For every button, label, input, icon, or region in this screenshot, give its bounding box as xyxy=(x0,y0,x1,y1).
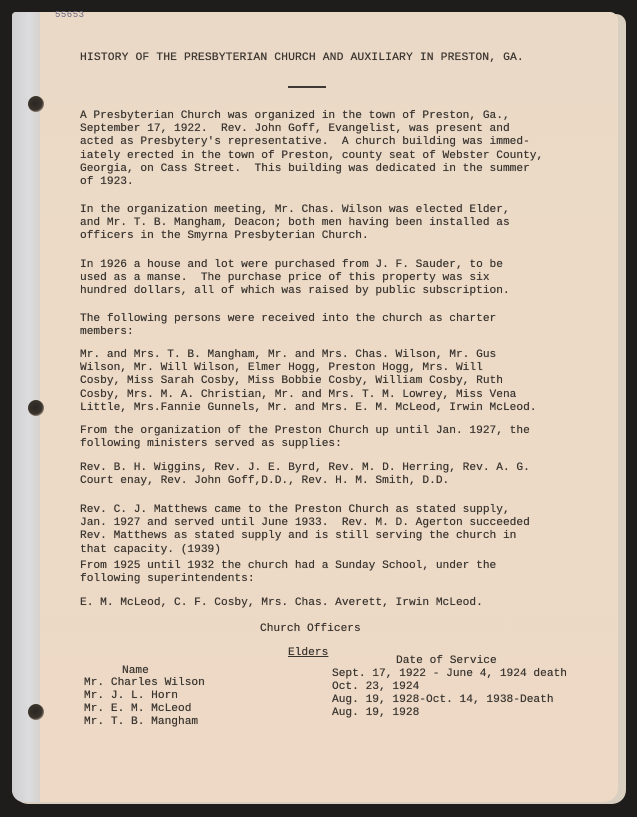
punch-hole-icon xyxy=(28,704,44,720)
punch-hole-icon xyxy=(28,400,44,416)
paragraph-ministers: Rev. B. H. Wiggins, Rev. J. E. Byrd, Rev… xyxy=(80,462,580,488)
paragraph-superintendents: E. M. McLeod, C. F. Cosby, Mrs. Chas. Av… xyxy=(80,597,580,610)
paragraph-stated-supply: Rev. C. J. Matthews came to the Preston … xyxy=(80,504,580,557)
date-column-header: Date of Service xyxy=(396,655,497,668)
elder-name: Mr. Charles Wilson xyxy=(84,677,205,690)
paragraph-charter-intro: The following persons were received into… xyxy=(80,313,580,339)
paragraph-officers: In the organization meeting, Mr. Chas. W… xyxy=(80,204,580,244)
elder-name: Mr. E. M. McLeod xyxy=(84,703,191,716)
paragraph-ministers-intro: From the organization of the Preston Chu… xyxy=(80,425,580,451)
reference-number: 55653 xyxy=(55,10,85,20)
title-divider xyxy=(288,86,326,88)
elder-name: Mr. J. L. Horn xyxy=(84,690,178,703)
elder-name: Mr. T. B. Mangham xyxy=(84,716,198,729)
document-title: HISTORY OF THE PRESBYTERIAN CHURCH AND A… xyxy=(80,52,524,65)
paragraph-charter-members: Mr. and Mrs. T. B. Mangham, Mr. and Mrs.… xyxy=(80,349,580,415)
paragraph-manse: In 1926 a house and lot were purchased f… xyxy=(80,259,580,299)
elders-heading: Elders xyxy=(288,647,328,660)
paragraph-organization: A Presbyterian Church was organized in t… xyxy=(80,110,580,189)
elder-service-date: Aug. 19, 1928 xyxy=(332,707,419,720)
paragraph-sunday-school: From 1925 until 1932 the church had a Su… xyxy=(80,560,580,586)
punch-hole-icon xyxy=(28,96,44,112)
officers-heading: Church Officers xyxy=(260,623,361,636)
elder-service-date: Oct. 23, 1924 xyxy=(332,681,419,694)
elder-service-date: Sept. 17, 1922 - June 4, 1924 death xyxy=(332,668,567,681)
elder-service-date: Aug. 19, 1928-Oct. 14, 1938-Death xyxy=(332,694,554,707)
